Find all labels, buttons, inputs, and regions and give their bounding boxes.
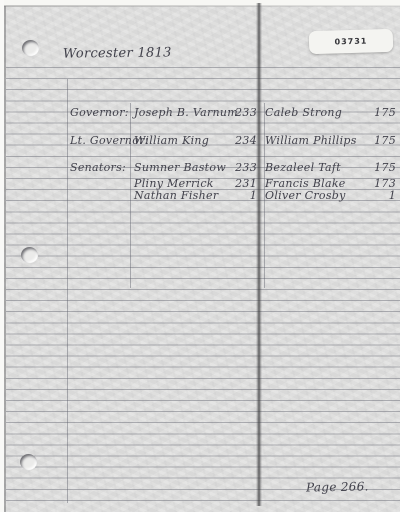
punch-hole-bottom <box>20 454 37 470</box>
candidate-name: Joseph B. Varnum <box>134 106 238 119</box>
candidate-name: William King <box>134 134 209 147</box>
ruled-lines <box>6 67 400 501</box>
office-label: Governor: <box>70 106 129 119</box>
vote-count: 1 <box>366 189 396 202</box>
punch-hole-middle <box>21 247 38 263</box>
candidate-name: Oliver Crosby <box>265 189 346 202</box>
candidate-name: Caleb Strong <box>265 106 342 119</box>
paper-sheet <box>0 6 400 512</box>
ledger-row: Governor: Joseph B. Varnum 233 Caleb Str… <box>0 106 400 119</box>
vote-count: 175 <box>366 106 396 119</box>
page-number: Page 266. <box>306 480 369 494</box>
paper-top-edge <box>0 5 400 7</box>
catalog-sticker: 03731 <box>309 29 394 54</box>
vote-count: 233 <box>224 106 257 119</box>
page-title: Worcester 1813 <box>63 46 172 60</box>
candidate-name: William Phillips <box>265 134 357 147</box>
ledger-row: Nathan Fisher 1 Oliver Crosby 1 <box>0 189 400 202</box>
vote-count: 175 <box>366 161 396 174</box>
paper-left-edge <box>4 6 6 512</box>
candidate-name: Bezaleel Taft <box>265 161 341 174</box>
candidate-name: Nathan Fisher <box>134 189 218 202</box>
office-label: Senators: <box>70 161 126 174</box>
scan-background-strip <box>0 0 4 512</box>
catalog-number: 03731 <box>334 37 367 47</box>
vote-count: 233 <box>224 161 257 174</box>
vote-count: 1 <box>224 189 257 202</box>
fold-shadow-line <box>256 3 262 506</box>
scanned-ledger-page: 03731 Worcester 1813 Governor: Joseph B.… <box>0 0 400 512</box>
vote-count: 175 <box>366 134 396 147</box>
candidate-name: Sumner Bastow <box>134 161 226 174</box>
vote-count: 234 <box>224 134 257 147</box>
ledger-row: Lt. Governor: William King 234 William P… <box>0 134 400 147</box>
ledger-row: Senators: Sumner Bastow 233 Bezaleel Taf… <box>0 161 400 174</box>
punch-hole-top <box>22 40 39 56</box>
